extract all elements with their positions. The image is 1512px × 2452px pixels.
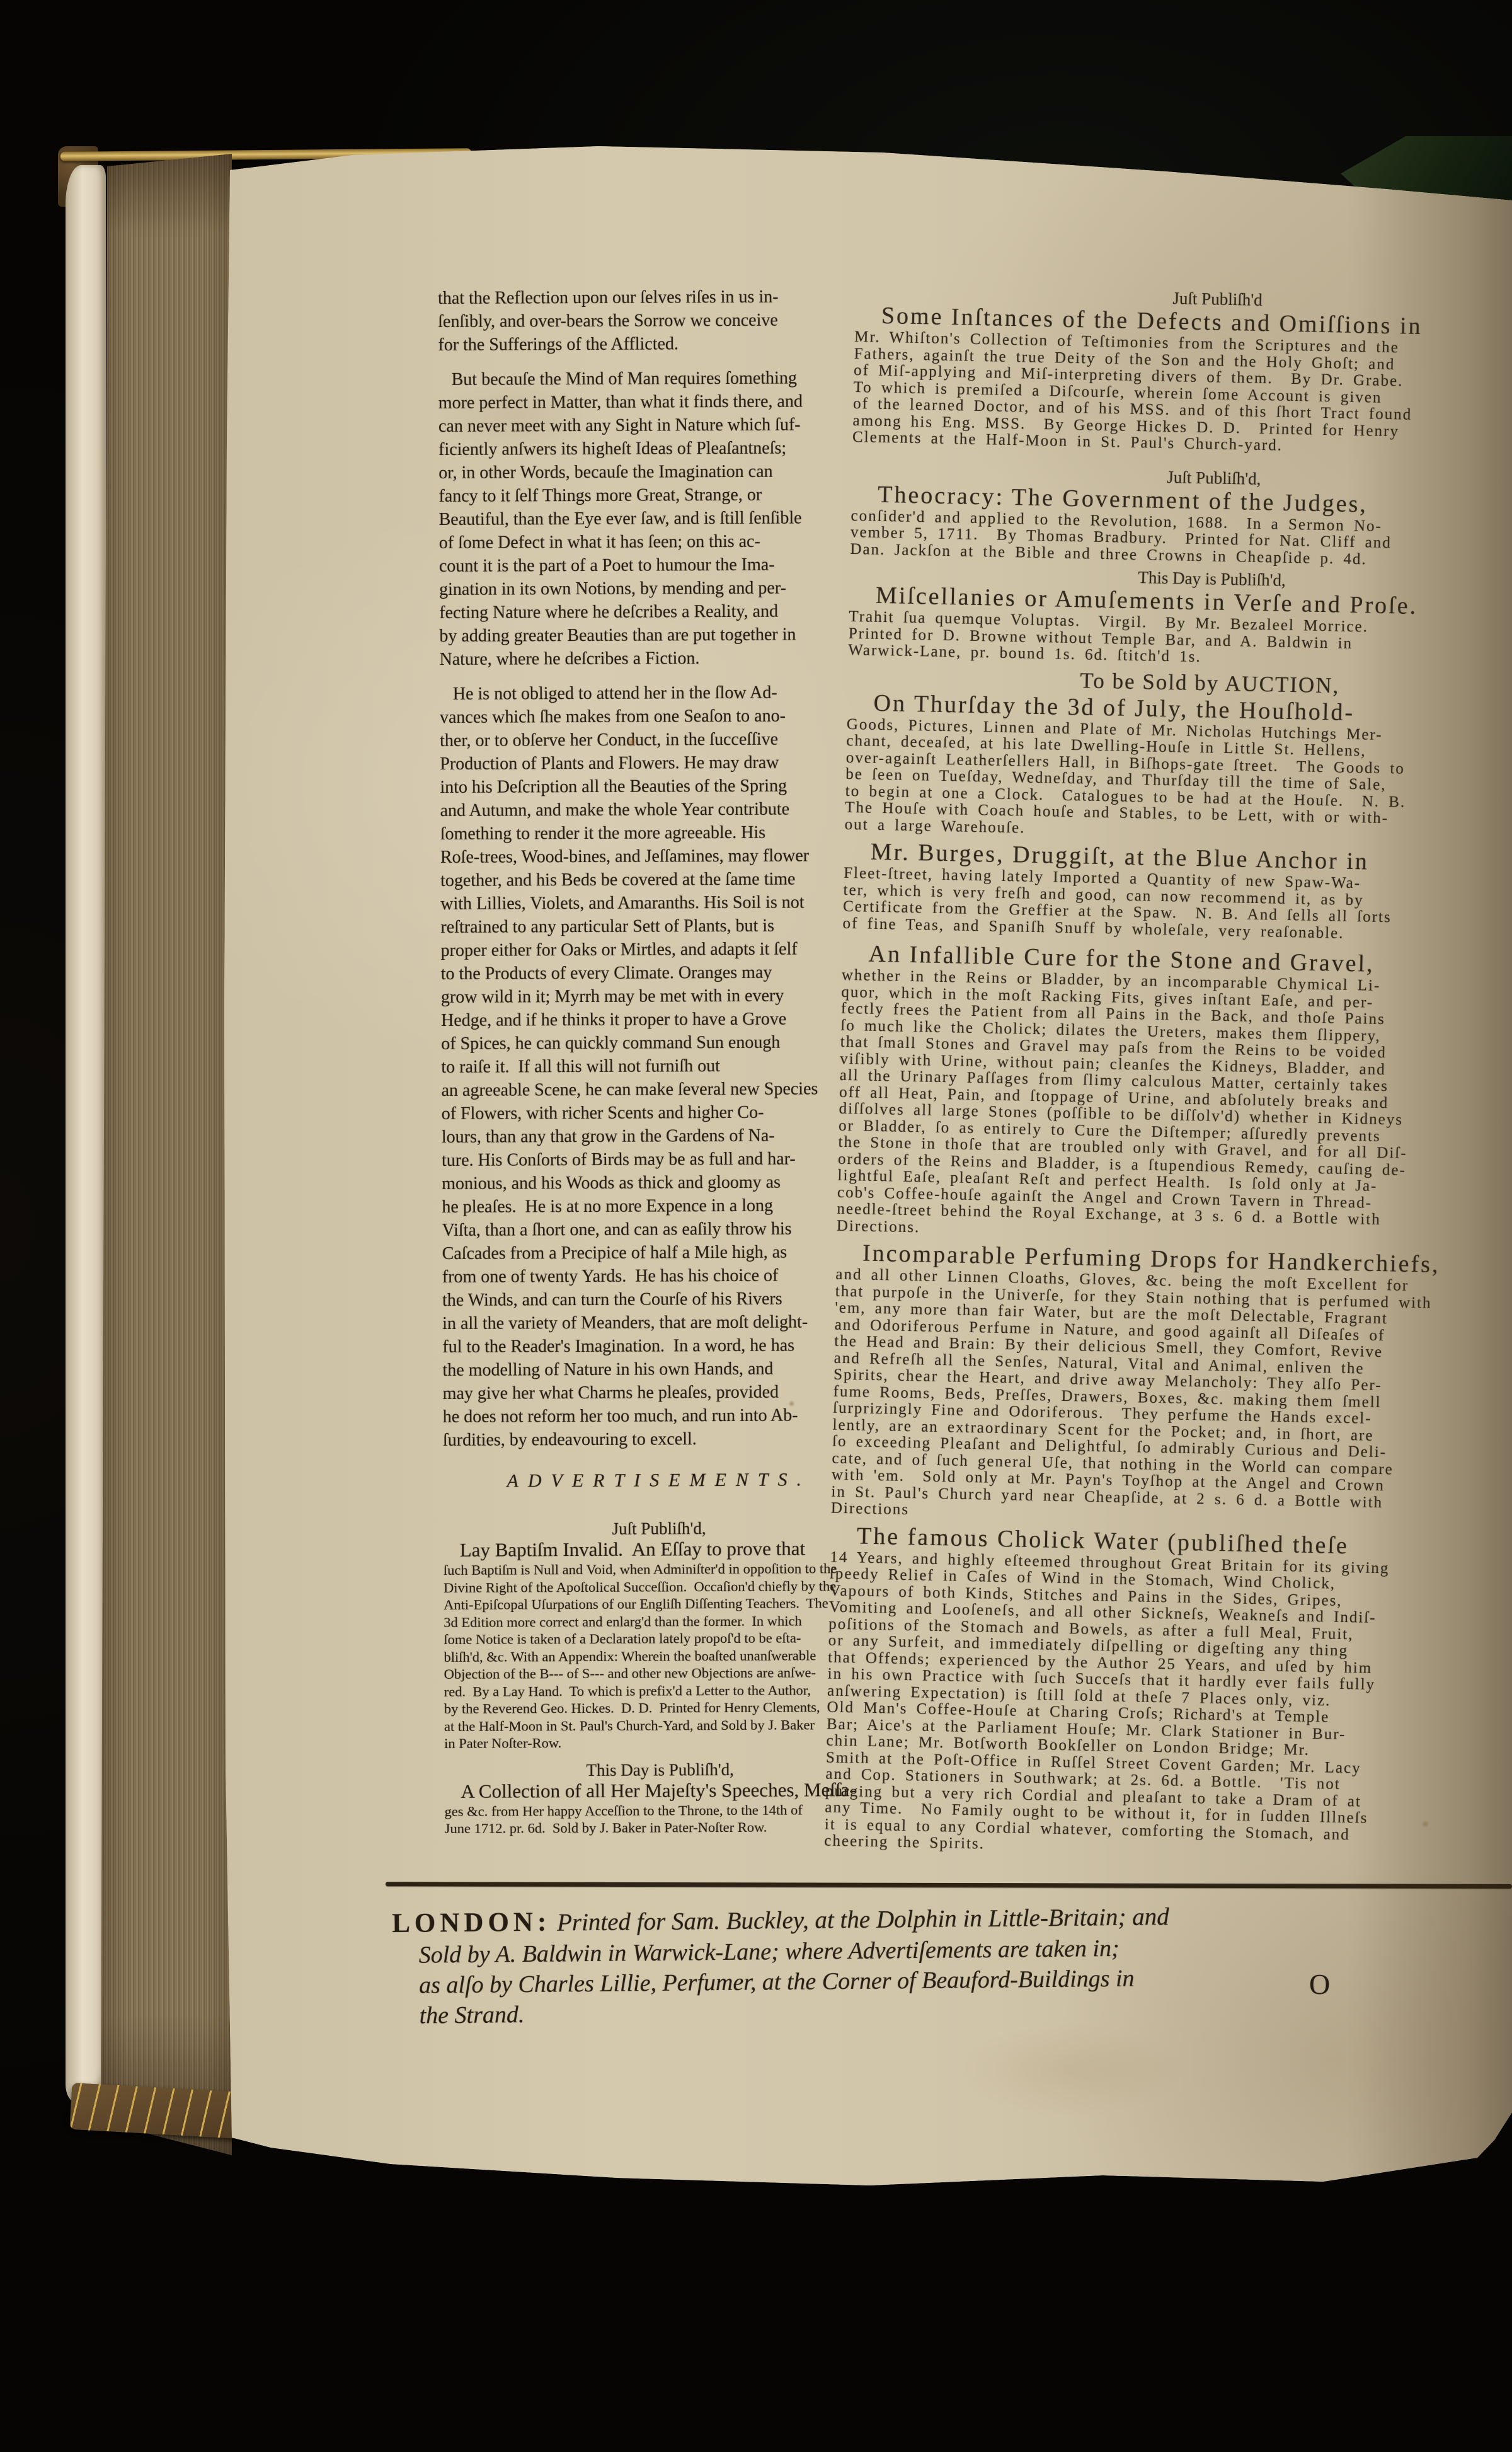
colophon-line-1-text: Printed for Sam. Buckley, at the Dolphin… <box>551 1903 1169 1936</box>
essay-column: that the Reflection upon our ſelves riſe… <box>438 285 876 1837</box>
advert-queens-speeches: This Day is Publiſh'd, A Collection of a… <box>444 1759 876 1837</box>
advert-auction: To be Sold by AUCTION, On Thurſday the 3… <box>844 663 1512 848</box>
advert-miscellanies: This Day is Publiſh'd, Miſcellanies or A… <box>848 562 1512 674</box>
essay-paragraph-3: He is not obliged to attend her in the ſ… <box>440 681 874 1452</box>
advert-cholick-water: The famous Cholick Water (publiſhed theſ… <box>824 1521 1512 1864</box>
advert-body: Goods, Pictures, Linnen and Plate of Mr.… <box>844 716 1512 848</box>
advert-body: ſuch Baptiſm is Null and Void, when Admi… <box>444 1560 876 1752</box>
colophon-lines: Sold by A. Baldwin in Warwick-Lane; wher… <box>392 1930 1512 2031</box>
advert-perfuming-drops: Incomparable Perfuming Drops for Handker… <box>831 1239 1512 1531</box>
advert-lay-baptism: Juſt Publiſh'd, Lay Baptiſm Invalid. An … <box>444 1518 876 1752</box>
foxing-patch <box>958 2023 1184 2117</box>
advert-stone-cure: An Infallible Cure for the Stone and Gra… <box>837 940 1512 1249</box>
advert-burges-druggist: Mr. Burges, Druggiſt, at the Blue Anchor… <box>842 837 1512 947</box>
imprint-colophon: LONDON: Printed for Sam. Buckley, at the… <box>392 1897 1512 2031</box>
advert-body: Fleet-ſtreet, having lately Imported a Q… <box>842 865 1512 947</box>
advertisements-heading: ADVERTISEMENTS. <box>443 1469 874 1492</box>
signature-mark: O <box>1309 1967 1330 2001</box>
advert-title: Lay Baptiſm Invalid. An Eſſay to prove t… <box>444 1537 875 1562</box>
advert-body: ges &c. from Her happy Acceſſion to the … <box>444 1800 876 1837</box>
london-label: LONDON: <box>392 1908 551 1938</box>
advert-body: whether in the Reins or Bladder, by an i… <box>837 967 1512 1249</box>
publication-line: This Day is Publiſh'd, <box>444 1759 876 1780</box>
advertisements-column: Juſt Publiſh'd Some Inſtances of the Def… <box>824 282 1512 1868</box>
inner-page-edge <box>66 165 106 2104</box>
essay-paragraph-1: that the Reflection upon our ſelves riſe… <box>438 285 869 357</box>
page-stack-fore-edge <box>101 154 232 2155</box>
advert-body: and all other Linnen Cloaths, Gloves, &c… <box>831 1267 1512 1532</box>
advert-whiston-defects: Juſt Publiſh'd Some Inſtances of the Def… <box>852 282 1512 461</box>
advert-title: A Collection of all Her Majeſty's Speech… <box>444 1778 876 1802</box>
advert-body: Mr. Whiſton's Collection of Teſtimonies … <box>852 329 1512 461</box>
essay-paragraph-2: But becauſe the Mind of Man requires ſom… <box>438 366 871 671</box>
imprint-divider-rule <box>386 1882 1512 1889</box>
book-photograph: that the Reflection upon our ſelves riſe… <box>0 0 1512 2452</box>
advert-body: 14 Years, and highly eſteemed throughout… <box>824 1549 1512 1864</box>
publication-line: Juſt Publiſh'd, <box>444 1518 875 1539</box>
advert-theocracy: Juſt Publiſh'd, Theocracy: The Governmen… <box>850 461 1512 572</box>
